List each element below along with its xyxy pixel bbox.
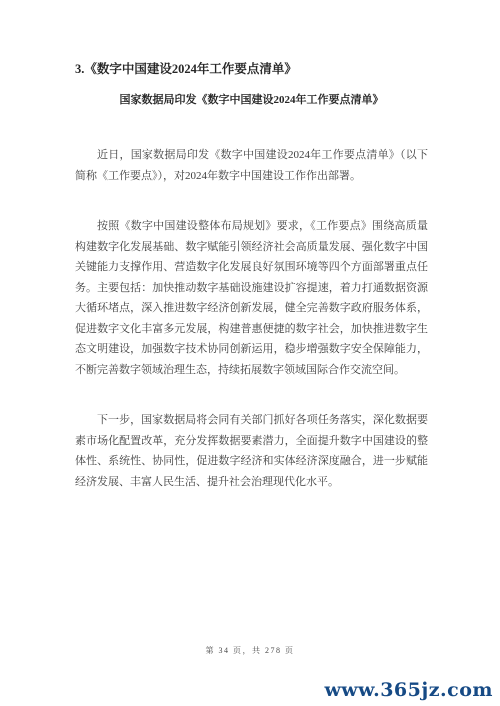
paragraph-intro: 近日，国家数据局印发《数字中国建设2024年工作要点清单》（以下简称《工作要点》… — [75, 145, 428, 186]
section-title: 3.《数字中国建设2024年工作要点清单》 — [75, 60, 428, 78]
document-page: 3.《数字中国建设2024年工作要点清单》 国家数据局印发《数字中国建设2024… — [0, 0, 500, 706]
paragraph-key-tasks: 按照《数字中国建设整体布局规划》要求，《工作要点》围绕高质量构建数字化发展基础、… — [75, 216, 428, 380]
document-content: 3.《数字中国建设2024年工作要点清单》 国家数据局印发《数字中国建设2024… — [75, 0, 428, 492]
page-footer: 第 34 页，共 278 页 — [0, 640, 500, 658]
document-subtitle: 国家数据局印发《数字中国建设2024年工作要点清单》 — [75, 93, 428, 108]
watermark-url: www.365jz.com — [324, 679, 493, 701]
paragraph-next-steps: 下一步，国家数据局将会同有关部门抓好各项任务落实，深化数据要素市场化配置改革，充… — [75, 410, 428, 492]
page-number: 第 34 页，共 278 页 — [206, 646, 295, 655]
